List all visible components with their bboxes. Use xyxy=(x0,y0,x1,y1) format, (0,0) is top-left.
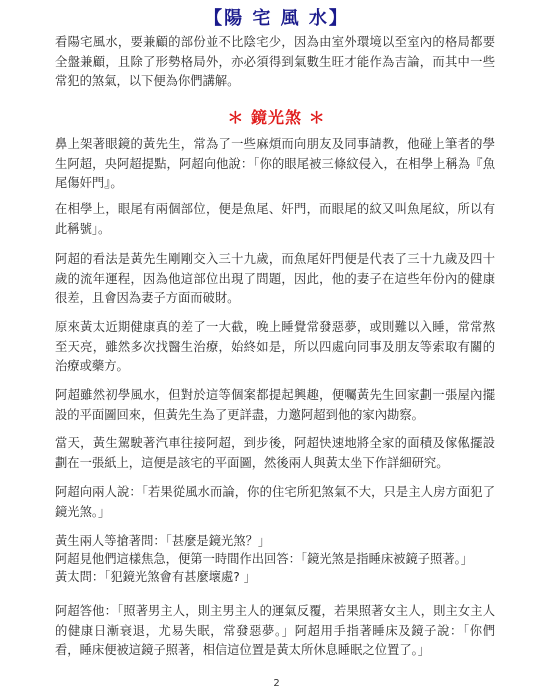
paragraph: 阿超見他們這樣焦急，便第一時間作出回答：「鏡光煞是指睡床被鏡子照著。」 xyxy=(55,550,495,570)
paragraph: 阿超答他：「照著男主人，則主男主人的運氣反覆，若果照著女主人，則主女主人的健康日… xyxy=(55,602,495,661)
paragraph: 原來黃太近期健康真的差了一大截，晚上睡覺常發惡夢，或則難以入睡，常常熬至天亮，雖… xyxy=(55,318,495,377)
paragraph: 阿超的看法是黃先生剛剛交入三十九歲，而魚尾奸門便是代表了三十九歲及四十歲的流年運… xyxy=(55,250,495,309)
paragraph: 鼻上架著眼鏡的黃先生，常為了一些麻煩而向朋友及同事請教，他碰上筆者的學生阿超，央… xyxy=(55,135,495,194)
document-page: 【陽 宅 風 水】 看陽宅風水，要兼顧的部份並不比陰宅少，因為由室外環境以至室內… xyxy=(0,0,553,686)
paragraph: 黃生兩人等搶著問：「甚麼是鏡光煞？」 xyxy=(55,532,495,552)
paragraph: 阿超向兩人說：「若果從風水而論，你的住宅所犯煞氣不大，只是主人房方面犯了鏡光煞。… xyxy=(55,483,495,522)
paragraph: 當天，黃生駕駛著汽車往接阿超，到步後，阿超快速地將全家的面積及傢俬擺設劃在一張紙… xyxy=(55,434,495,473)
section-title: ＊ 鏡光煞 ＊ xyxy=(0,105,553,128)
paragraph: 阿超雖然初學風水，但對於這等個案都提起興趣，便囑黃先生回家劃一張屋內擺設的平面圖… xyxy=(55,386,495,425)
paragraph: 在相學上，眼尾有兩個部位，便是魚尾、奸門，而眼尾的紋又叫魚尾紋，所以有此稱號」。 xyxy=(55,200,495,239)
intro-paragraph: 看陽宅風水，要兼顧的部份並不比陰宅少，因為由室外環境以至室內的格局都要全盤兼顧，… xyxy=(55,33,495,92)
page-title: 【陽 宅 風 水】 xyxy=(0,4,553,30)
page-number: 2 xyxy=(0,678,553,686)
paragraph: 黃太問：「犯鏡光煞會有甚麼壞處? 」 xyxy=(55,568,495,588)
